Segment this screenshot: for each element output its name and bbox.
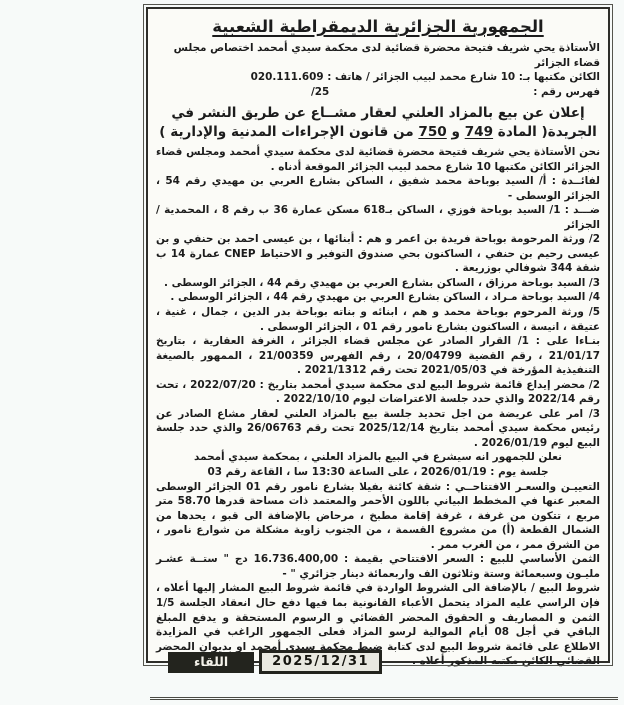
footer-stamp-strip: اللقاء 2025/12/31: [168, 650, 382, 674]
paragraph-defendant-1: ضـــد : 1/ السيد بوباحة فوزي ، الساكن بـ…: [156, 203, 600, 232]
bailiff-name-line: الأستاذة يحي شريف فتيحة محضرة قضائية لدى…: [156, 41, 600, 70]
notice-body: نحن الأستاذة يحي شريف فتيحة محضرة قضائية…: [156, 145, 600, 669]
paragraph-defendant-3: 3/ السيد بوباحة مرزاق ، الساكن بشارع الع…: [156, 276, 600, 291]
paragraph-session-datetime: جلسة يوم : 2026/01/19 ، على الساعة 13:30…: [156, 465, 600, 480]
notice-heading-line2-mid: و: [447, 124, 465, 140]
paragraph-opening-price: الثمن الأساسي للبيع : السعر الافتتاحي بق…: [156, 552, 600, 581]
index-number-value: 25/: [311, 85, 329, 100]
paragraph-basis-deposit: 2/ محضر إيداع قائمة شروط البيع لدى محكمة…: [156, 378, 600, 407]
paragraph-defendant-4: 4/ السيد بوباحة مـراد ، الساكن بشارع الع…: [156, 290, 600, 305]
paragraph-public-announcement: نعلن للجمهور انه سيشرع في البيع بالمزاد …: [156, 450, 600, 465]
scanned-legal-notice-page: { "header": { "republic_title": "الجمهور…: [0, 0, 624, 705]
republic-title: الجمهورية الجزائرية الديمقراطية الشعبية: [156, 17, 600, 36]
notice-heading-line2-pre: الجريدة( المادة: [493, 124, 597, 140]
bottom-divider-rule: [150, 697, 618, 700]
paragraph-defendant-5: 5/ ورثة المرحوم بوباحة محمد و هم ، ابنائ…: [156, 305, 600, 334]
paragraph-beneficiary: لفائــدة : أ/ السيد بوباحة محمد شفيق ، ا…: [156, 174, 600, 203]
publication-date-stamp: 2025/12/31: [259, 650, 382, 674]
article-number-749: 749: [465, 124, 493, 140]
index-number-line: فهرس رقم : 25/: [156, 85, 600, 100]
publication-badge: اللقاء: [168, 652, 254, 673]
index-number-label: فهرس رقم :: [533, 85, 600, 100]
notice-heading: إعلان عن بيع بالمزاد العلني لعقار مشــاع…: [156, 104, 600, 142]
notice-heading-line1: إعلان عن بيع بالمزاد العلني لعقار مشــاع…: [171, 105, 584, 121]
paragraph-basis-order: 3/ امر على عريضة من اجل تحديد جلسة بيع ب…: [156, 407, 600, 451]
legal-notice-document: الجمهورية الجزائرية الديمقراطية الشعبية …: [146, 7, 610, 663]
paragraph-property-description: التعييـن والسعـر الافتتاحــي : شقة كائنة…: [156, 480, 600, 553]
notice-heading-line2-post: من قانون الإجراءات المدنية والإدارية ): [159, 124, 418, 140]
article-number-750: 750: [418, 124, 446, 140]
paragraph-defendant-2: 2/ ورثة المرحومة بوباحة فريدة بن اعمر و …: [156, 232, 600, 276]
paragraph-basis-ruling: بنـاءا على : 1/ القرار الصادر عن مجلس قض…: [156, 334, 600, 378]
office-address-line: الكائن مكتبها بـ: 10 شارع محمد لبيب الجز…: [156, 70, 600, 85]
paragraph-bailiff-intro: نحن الأستاذة يحي شريف فتيحة محضرة قضائية…: [156, 145, 600, 174]
